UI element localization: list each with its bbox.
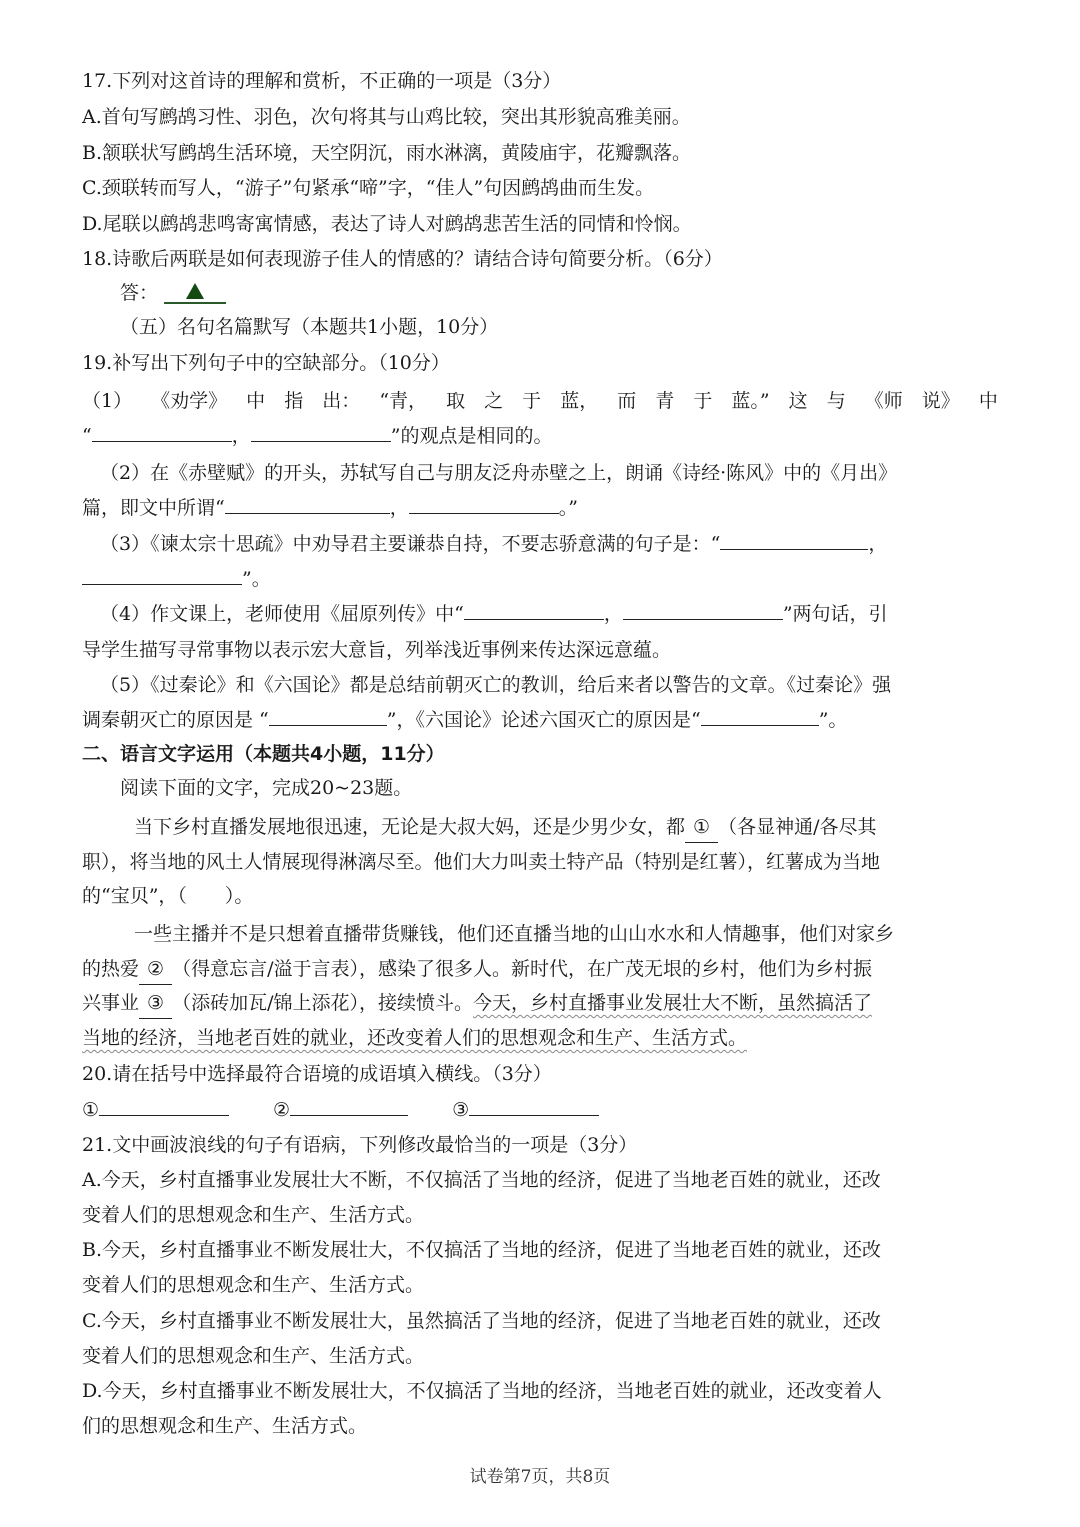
q18-stem: 18.诗歌后两联是如何表现游子佳人的情感的？请结合诗句简要分析。（6分） bbox=[82, 244, 723, 274]
q19-item-5-line1: （5）《过秦论》和《六国论》都是总结前朝灭亡的教训，给后来者以警告的文章。《过秦… bbox=[100, 670, 891, 700]
q19-item-5-line2: 调秦朝灭亡的原因是 “”，《六国论》论述六国灭亡的原因是“”。 bbox=[82, 705, 847, 735]
fill-blank[interactable] bbox=[464, 599, 604, 620]
passage-p2-line1: 一些主播并不是只想着直播带货赚钱，他们还直播当地的山山水水和人情趣事，他们对家乡 bbox=[134, 919, 894, 949]
q21-option-d-line1: D.今天，乡村直播事业不断发展壮大，不仅搞活了当地的经济，当地老百姓的就业，还改… bbox=[82, 1376, 882, 1406]
answer-label: 答： bbox=[120, 282, 158, 304]
q21-stem: 21.文中画波浪线的句子有语病，下列修改最恰当的一项是（3分） bbox=[82, 1130, 637, 1160]
q19-item-1-line1: （1） 《劝学》 中 指 出： “青， 取 之 于 蓝， 而 青 于 蓝。” 这… bbox=[82, 386, 998, 416]
q19-item-4-line1: （4）作文课上，老师使用《屈原列传》中“，”两句话，引 bbox=[100, 599, 888, 629]
q21-option-c-line1: C.今天，乡村直播事业不断发展壮大，虽然搞活了当地的经济，促进了当地老百姓的就业… bbox=[82, 1306, 881, 1336]
q20-blanks-row: ①②③ bbox=[82, 1095, 599, 1125]
part-2-intro: 阅读下面的文字，完成20~23题。 bbox=[120, 773, 412, 803]
fill-blank[interactable] bbox=[251, 421, 391, 442]
q21-option-c-line2: 变着人们的思想观念和生产、生活方式。 bbox=[82, 1341, 424, 1371]
blank-mark-3[interactable]: ③ bbox=[139, 988, 172, 1019]
q21-option-b-line1: B.今天，乡村直播事业不断发展壮大，不仅搞活了当地的经济，促进了当地老百姓的就业… bbox=[82, 1235, 881, 1265]
section-5-title: （五）名句名篇默写（本题共1小题，10分） bbox=[120, 312, 498, 342]
fill-blank[interactable] bbox=[409, 493, 559, 514]
q17-option-a: A.首句写鹧鸪习性、羽色，次句将其与山鸡比较，突出其形貌高雅美丽。 bbox=[82, 102, 691, 132]
q21-option-b-line2: 变着人们的思想观念和生产、生活方式。 bbox=[82, 1270, 424, 1300]
q21-option-a-line2: 变着人们的思想观念和生产、生活方式。 bbox=[82, 1200, 424, 1230]
q20-blank-1[interactable] bbox=[99, 1095, 229, 1116]
q18-answer-row: 答： bbox=[120, 278, 226, 308]
page-footer: 试卷第7页，共8页 bbox=[0, 1462, 1080, 1487]
passage-p1-line1: 当下乡村直播发展地很迅速，无论是大叔大妈，还是少男少女，都①（各显神通/各尽其 bbox=[134, 812, 876, 842]
passage-p2-line3: 兴事业③（添砖加瓦/锦上添花），接续愤斗。今天，乡村直播事业发展壮大不断，虽然搞… bbox=[82, 988, 872, 1018]
q17-stem: 17.下列对这首诗的理解和赏析，不正确的一项是（3分） bbox=[82, 66, 561, 96]
q19-item-2-line1: （2）在《赤壁赋》的开头，苏轼写自己与朋友泛舟赤壁之上，朗诵《诗经·陈风》中的《… bbox=[100, 458, 897, 488]
q19-item-3-line1: （3）《谏太宗十思疏》中劝导君主要谦恭自持，不要志骄意满的句子是：“， bbox=[100, 529, 887, 559]
wavy-underlined-sentence: 当地的经济，当地老百姓的就业，还改变着人们的思想观念和生产、生活方式。 bbox=[82, 1027, 747, 1049]
q19-item-2-line2: 篇，即文中所谓“，。” bbox=[82, 493, 578, 523]
q20-blank-2[interactable] bbox=[290, 1095, 408, 1116]
q17-option-b: B.颔联状写鹧鸪生活环境，天空阴沉，雨水淋漓，黄陵庙宇，花瓣飘落。 bbox=[82, 138, 691, 168]
fill-blank[interactable] bbox=[82, 564, 242, 585]
passage-p2-line2: 的热爱②（得意忘言/溢于言表），感染了很多人。新时代，在广茂无垠的乡村，他们为乡… bbox=[82, 954, 872, 984]
q19-item-4-line2: 导学生描写寻常事物以表示宏大意旨，列举浅近事例来传达深远意蕴。 bbox=[82, 635, 671, 665]
q19-stem: 19.补写出下列句子中的空缺部分。（10分） bbox=[82, 348, 450, 378]
q19-item-3-line2: ”。 bbox=[82, 564, 271, 594]
passage-p1-line3: 的“宝贝”，（ ）。 bbox=[82, 881, 253, 911]
passage-p2-line4: 当地的经济，当地老百姓的就业，还改变着人们的思想观念和生产、生活方式。 bbox=[82, 1023, 747, 1053]
q17-option-c: C.颈联转而写人，“游子”句紧承“啼”字，“佳人”句因鹧鸪曲而生发。 bbox=[82, 173, 654, 203]
q17-option-d: D.尾联以鹧鸪悲鸣寄寓情感，表达了诗人对鹧鸪悲苦生活的同情和怜悯。 bbox=[82, 209, 692, 239]
blank-mark-2[interactable]: ② bbox=[139, 954, 172, 985]
triangle-icon bbox=[186, 283, 204, 299]
fill-blank[interactable] bbox=[225, 493, 390, 514]
q20-blank-3[interactable] bbox=[469, 1095, 599, 1116]
blank-mark-1[interactable]: ① bbox=[685, 812, 718, 843]
passage-p1-line2: 职），将当地的风土人情展现得淋漓尽至。他们大力叫卖土特产品（特别是红薯），红薯成… bbox=[82, 847, 880, 877]
fill-blank[interactable] bbox=[269, 705, 387, 726]
fill-blank[interactable] bbox=[623, 599, 783, 620]
fill-blank[interactable] bbox=[701, 705, 819, 726]
q20-stem: 20.请在括号中选择最符合语境的成语填入横线。（3分） bbox=[82, 1059, 552, 1089]
q19-item-1-line2: “，”的观点是相同的。 bbox=[82, 421, 552, 451]
q21-option-d-line2: 们的思想观念和生产、生活方式。 bbox=[82, 1411, 367, 1441]
fill-blank[interactable] bbox=[92, 421, 232, 442]
q21-option-a-line1: A.今天，乡村直播事业发展壮大不断，不仅搞活了当地的经济，促进了当地老百姓的就业… bbox=[82, 1165, 881, 1195]
wavy-underlined-sentence: 今天，乡村直播事业发展壮大不断，虽然搞活了 bbox=[473, 992, 872, 1014]
answer-field[interactable] bbox=[164, 278, 226, 304]
fill-blank[interactable] bbox=[720, 529, 868, 550]
part-2-title: 二、语言文字运用（本题共4小题，11分） bbox=[82, 739, 445, 769]
